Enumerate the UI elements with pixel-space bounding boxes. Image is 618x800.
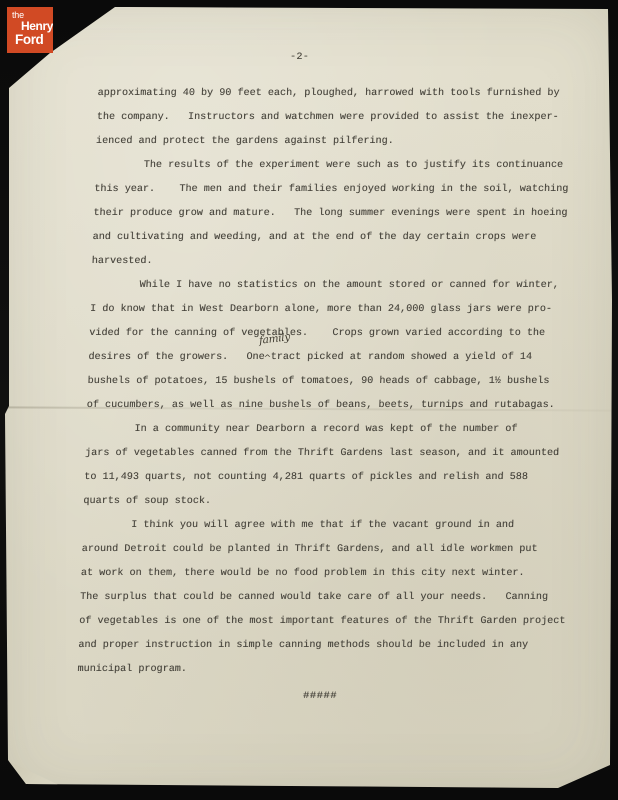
typed-line: I think you will agree with me that if t…: [82, 514, 583, 538]
typed-line: I do know that in West Dearborn alone, m…: [90, 298, 591, 322]
typed-line: approximating 40 by 90 feet each, plough…: [97, 82, 598, 106]
end-mark: #####: [303, 689, 337, 703]
typed-line: at work on them, there would be no food …: [80, 562, 581, 586]
typed-line: bushels of potatoes, 15 bushels of tomat…: [87, 370, 588, 394]
typed-line: quarts of soup stock.: [83, 490, 584, 514]
typed-line: and proper instruction in simple canning…: [78, 634, 579, 658]
typed-line: harvested.: [91, 250, 592, 274]
insertion-before-text: desires of the growers. One: [88, 352, 265, 363]
logo-text-ford: Ford: [15, 33, 43, 46]
typed-line: municipal program.: [77, 658, 578, 682]
typed-line: to 11,493 quarts, not counting 4,281 qua…: [84, 466, 585, 490]
typed-text-block: approximating 40 by 90 feet each, plough…: [77, 82, 598, 682]
typed-line: jars of vegetables canned from the Thrif…: [85, 442, 586, 466]
typed-line: and cultivating and weeding, and at the …: [92, 226, 593, 250]
corner-fold: [5, 748, 61, 786]
henry-ford-logo: the Henry Ford: [7, 7, 53, 53]
page-number: -2-: [290, 46, 309, 70]
typed-line: vided for the canning of vegetables. Cro…: [89, 322, 590, 346]
typed-line: the company. Instructors and watchmen we…: [96, 106, 597, 130]
typed-line: of cucumbers, as well as nine bushels of…: [86, 394, 587, 418]
document-page: -2- approximating 40 by 90 feet each, pl…: [0, 0, 618, 800]
typed-line: around Detroit could be planted in Thrif…: [81, 538, 582, 562]
typed-line: The surplus that could be canned would t…: [80, 586, 581, 610]
typed-line-with-insertion: desires of the growers. Onefamily^tract …: [88, 346, 589, 370]
typed-line: of vegetables is one of the most importa…: [79, 610, 580, 634]
typed-line: this year. The men and their families en…: [94, 178, 595, 202]
typed-line: In a community near Dearborn a record wa…: [85, 418, 586, 442]
caret-mark: ^: [263, 355, 271, 364]
typed-line: The results of the experiment were such …: [95, 154, 596, 178]
typed-line: their produce grow and mature. The long …: [93, 202, 594, 226]
insertion-after-text: tract picked at random showed a yield of…: [270, 352, 532, 363]
insertion-anchor: family^: [265, 349, 271, 359]
typed-line: While I have no statistics on the amount…: [90, 274, 591, 298]
typed-line: ienced and protect the gardens against p…: [95, 130, 596, 154]
logo-text-henry: Henry: [21, 20, 53, 32]
scan-background: -2- approximating 40 by 90 feet each, pl…: [0, 0, 618, 800]
